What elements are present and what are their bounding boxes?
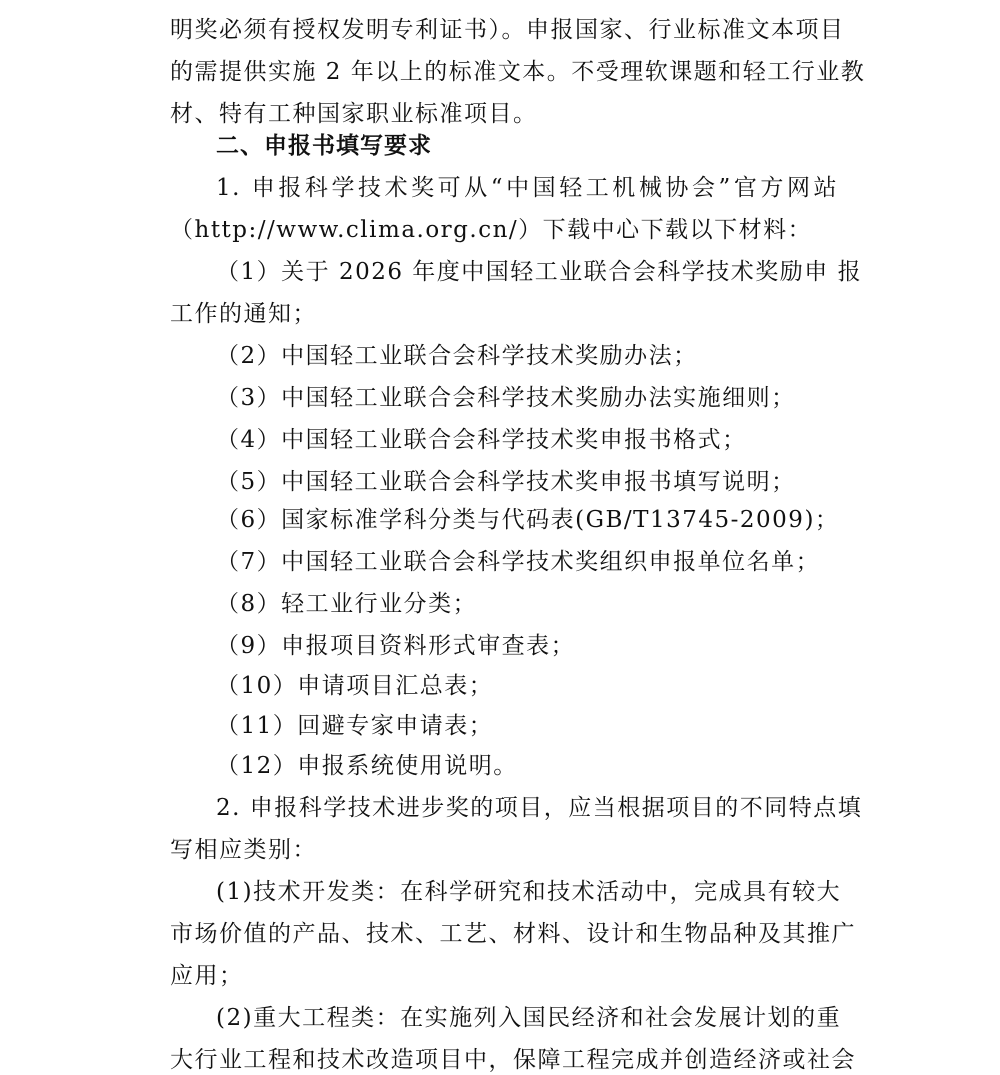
item-2-intro-line-1: 2. 申报科学技术进步奖的项目，应当根据项目的不同特点填 [216, 788, 838, 829]
item-2-intro-line-2: 写相应类别： [170, 830, 838, 871]
category-1-line-3: 应用； [170, 956, 838, 997]
section-heading: 二、申报书填写要求 [216, 126, 838, 167]
material-9: （9）申报项目资料形式审查表； [216, 626, 884, 667]
paragraph-line-1: 明奖必须有授权发明专利证书）。申报国家、行业标准文本项目 [170, 10, 838, 51]
category-2-line-1: (2)重大工程类：在实施列入国民经济和社会发展计划的重 [216, 998, 838, 1039]
material-4: （4）中国轻工业联合会科学技术奖申报书格式； [216, 420, 884, 461]
document-page: 明奖必须有授权发明专利证书）。申报国家、行业标准文本项目 的需提供实施 2 年以… [0, 0, 1000, 1075]
item-1-intro-line-2-url[interactable]: （http://www.clima.org.cn/）下载中心下载以下材料： [170, 210, 838, 251]
category-1-line-1: (1)技术开发类：在科学研究和技术活动中，完成具有较大 [216, 872, 838, 913]
material-2: （2）中国轻工业联合会科学技术奖励办法； [216, 336, 884, 377]
material-8: （8）轻工业行业分类； [216, 584, 884, 625]
material-6: （6）国家标准学科分类与代码表(GB/T13745-2009)； [216, 500, 884, 541]
material-1-line-1: （1）关于 2026 年度中国轻工业联合会科学技术奖励申 报 [216, 252, 838, 293]
material-7: （7）中国轻工业联合会科学技术奖组织申报单位名单； [216, 542, 884, 583]
paragraph-line-2: 的需提供实施 2 年以上的标准文本。不受理软课题和轻工行业教 [170, 52, 838, 93]
category-1-line-2: 市场价值的产品、技术、工艺、材料、设计和生物品种及其推广 [170, 914, 838, 955]
item-1-intro-line-1: 1. 申报科学技术奖可从“中国轻工机械协会”官方网站 [216, 168, 838, 209]
material-3: （3）中国轻工业联合会科学技术奖励办法实施细则； [216, 378, 884, 419]
material-10: （10）申请项目汇总表； [216, 666, 884, 707]
material-5: （5）中国轻工业联合会科学技术奖申报书填写说明； [216, 462, 884, 503]
material-12: （12）申报系统使用说明。 [216, 746, 884, 787]
material-1-line-2: 工作的通知； [170, 294, 838, 335]
material-11: （11）回避专家申请表； [216, 706, 884, 747]
category-2-line-2: 大行业工程和技术改造项目中，保障工程完成并创造经济或社会 [170, 1040, 838, 1075]
